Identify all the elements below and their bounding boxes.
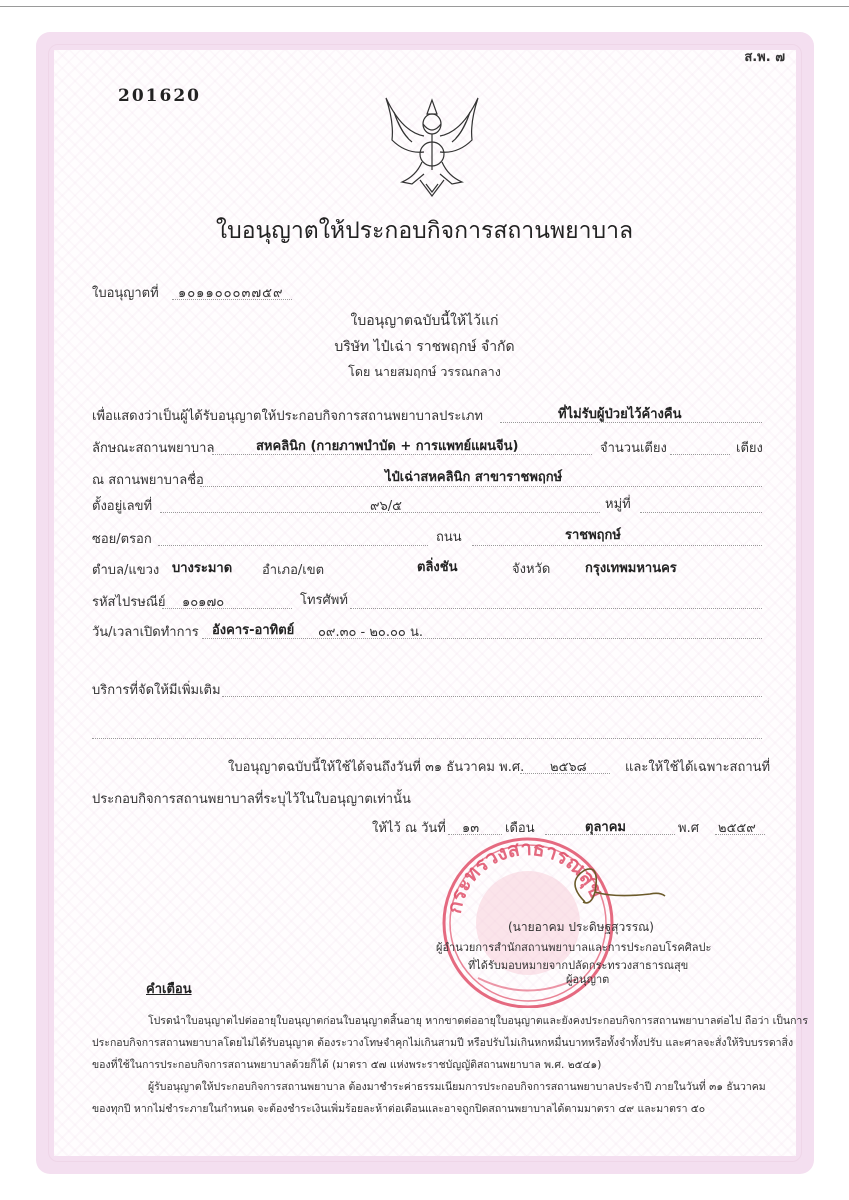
warning-p2-line2: ของทุกปี หากไม่ชำระภายในกำหนด จะต้องชำระ… — [92, 1100, 705, 1117]
issued-year: ๒๕๕๙ — [718, 817, 756, 838]
signatory-role: ผู้อนุญาต — [566, 970, 609, 988]
district-value: ตลิ่งชัน — [417, 556, 457, 577]
road-value: ราชพฤกษ์ — [565, 524, 621, 545]
facility-nature-value: สหคลินิก (กายภาพบำบัด + การแพทย์แผนจีน) — [256, 435, 518, 456]
dotted-line — [158, 545, 428, 546]
beds-label: จำนวนเตียง — [600, 437, 667, 458]
validity-suffix: และให้ใช้ได้เฉพาะสถานที่ — [625, 756, 770, 777]
granted-to-label: ใบอนุญาตฉบับนี้ให้ไว้แก่ — [0, 310, 849, 332]
dotted-line — [472, 545, 762, 546]
warning-title: คำเตือน — [146, 978, 192, 999]
issued-label: ให้ไว้ ณ วันที่ — [372, 817, 446, 838]
facility-type-label: เพื่อแสดงว่าเป็นผู้ได้รับอนุญาตให้ประกอบ… — [92, 405, 483, 426]
validity-text: ใบอนุญาตฉบับนี้ให้ใช้ได้จนถึงวันที่ ๓๑ ธ… — [228, 756, 524, 777]
dotted-line — [350, 608, 762, 609]
license-no-label: ใบอนุญาตที่ — [92, 282, 159, 303]
services-label: บริการที่จัดให้มีเพิ่มเติม — [92, 679, 221, 700]
signatory-name: (นายอาคม ประดิษฐสุวรรณ) — [508, 918, 654, 937]
postcode-label: รหัสไปรษณีย์ — [92, 591, 166, 612]
subdistrict-label: ตำบล/แขวง — [92, 559, 159, 580]
subdistrict-value: บางระมาด — [172, 557, 232, 578]
facility-name-label: ณ สถานพยาบาลชื่อ — [92, 469, 204, 490]
beds-unit: เตียง — [736, 437, 763, 458]
hours-time: ๐๙.๓๐ - ๒๐.๐๐ น. — [318, 621, 423, 642]
moo-label: หมู่ที่ — [605, 493, 631, 514]
warning-p1-line2: ประกอบกิจการสถานพยาบาลโดยไม่ได้รับอนุญาต… — [92, 1034, 793, 1051]
road-label: ถนน — [436, 526, 462, 547]
postcode-value: ๑๐๑๗๐ — [182, 591, 224, 612]
signature-icon — [555, 862, 675, 912]
dotted-line — [222, 696, 762, 697]
garuda-emblem-icon — [372, 92, 492, 202]
warning-p2-line1: ผู้รับอนุญาตให้ประกอบกิจการสถานพยาบาล ต้… — [148, 1078, 766, 1095]
soi-label: ซอย/ตรอก — [92, 528, 152, 549]
dotted-line — [172, 299, 292, 300]
address-no-label: ตั้งอยู่เลขที่ — [92, 495, 152, 516]
expiry-year: ๒๕๖๘ — [550, 756, 587, 777]
warning-p1-line1: โปรดนำใบอนุญาตไปต่ออายุใบอนุญาตก่อนใบอนุ… — [148, 1012, 808, 1029]
province-label: จังหวัด — [512, 558, 550, 579]
dotted-line — [92, 738, 762, 739]
signatory-position-1: ผู้อำนวยการสำนักสถานพยาบาลและการประกอบโร… — [436, 938, 711, 956]
hours-days: อังคาร-อาทิตย์ — [212, 619, 294, 640]
dotted-line — [640, 512, 762, 513]
warning-p1-line3: ของที่ใช้ในการประกอบกิจการสถานพยาบาลด้วย… — [92, 1056, 601, 1073]
serial-number: 201620 — [118, 86, 201, 106]
district-label: อำเภอ/เขต — [262, 559, 324, 580]
form-code: ส.พ. ๗ — [744, 46, 785, 67]
hours-label: วัน/เวลาเปิดทำการ — [92, 621, 199, 642]
province-value: กรุงเทพมหานคร — [585, 557, 677, 578]
phone-label: โทรศัพท์ — [300, 589, 348, 610]
facility-nature-label: ลักษณะสถานพยาบาล — [92, 437, 214, 458]
document-title: ใบอนุญาตให้ประกอบกิจการสถานพยาบาล — [0, 213, 849, 249]
representative-name: โดย นายสมฤกษ์ วรรณกลาง — [0, 362, 849, 382]
facility-name-value: ไป๋เฉ่าสหคลินิก สาขาราชพฤกษ์ — [385, 466, 562, 487]
validity-line2: ประกอบกิจการสถานพยาบาลที่ระบุไว้ในใบอนุญ… — [92, 788, 411, 809]
year-label: พ.ศ — [678, 817, 699, 838]
dotted-line — [670, 454, 730, 455]
address-no-value: ๙๖/๕ — [370, 495, 402, 516]
scan-edge-line — [0, 6, 849, 7]
facility-type-value: ที่ไม่รับผู้ป่วยไว้ค้างคืน — [558, 403, 681, 424]
company-name: บริษัท ไป๋เฉ่า ราชพฤกษ์ จำกัด — [0, 336, 849, 358]
